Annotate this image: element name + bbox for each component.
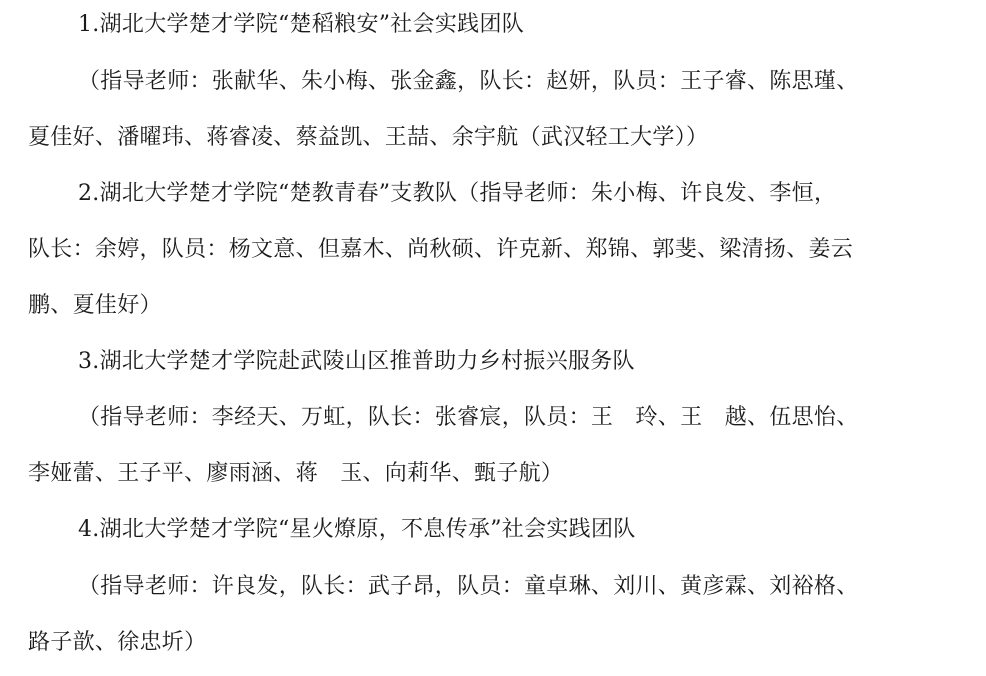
document-page: 1.湖北大学楚才学院“楚稻粮安”社会实践团队 （指导老师：张献华、朱小梅、张金鑫… [0,0,986,676]
entry-2-detail-line-2: 鹏、夏佳好） [28,291,162,321]
entry-1-title: 1.湖北大学楚才学院“楚稻粮安”社会实践团队 [78,10,524,40]
entry-4-title: 4.湖北大学楚才学院“星火燎原，不息传承”社会实践团队 [78,515,636,545]
entry-1-detail-line-2: 夏佳好、潘曜玮、蒋睿凌、蔡益凯、王喆、余宇航（武汉轻工大学）） [28,123,708,153]
entry-3-detail-line-2: 李娅蕾、王子平、廖雨涵、蒋 玉、向莉华、甄子航） [28,459,563,489]
entry-3-title: 3.湖北大学楚才学院赴武陵山区推普助力乡村振兴服务队 [78,347,635,377]
entry-4-detail-line-2: 路子歆、徐忠圻） [28,628,206,658]
entry-1-detail-line-1: （指导老师：张献华、朱小梅、张金鑫，队长：赵妍，队员：王子睿、陈思瑾、 [78,67,859,97]
entry-2-title: 2.湖北大学楚才学院“楚教青春”支教队（指导老师：朱小梅、许良发、李恒， [78,179,836,209]
entry-3-detail-line-1: （指导老师：李经天、万虹，队长：张睿宸，队员：王 玲、王 越、伍思怡、 [78,403,859,433]
entry-4-detail-line-1: （指导老师：许良发，队长：武子昂，队员：童卓琳、刘川、黄彦霖、刘裕格、 [78,572,859,602]
entry-2-detail-line-1: 队长：余婷，队员：杨文意、但嘉木、尚秋硕、许克新、郑锦、郭斐、梁清扬、姜云 [28,235,853,265]
